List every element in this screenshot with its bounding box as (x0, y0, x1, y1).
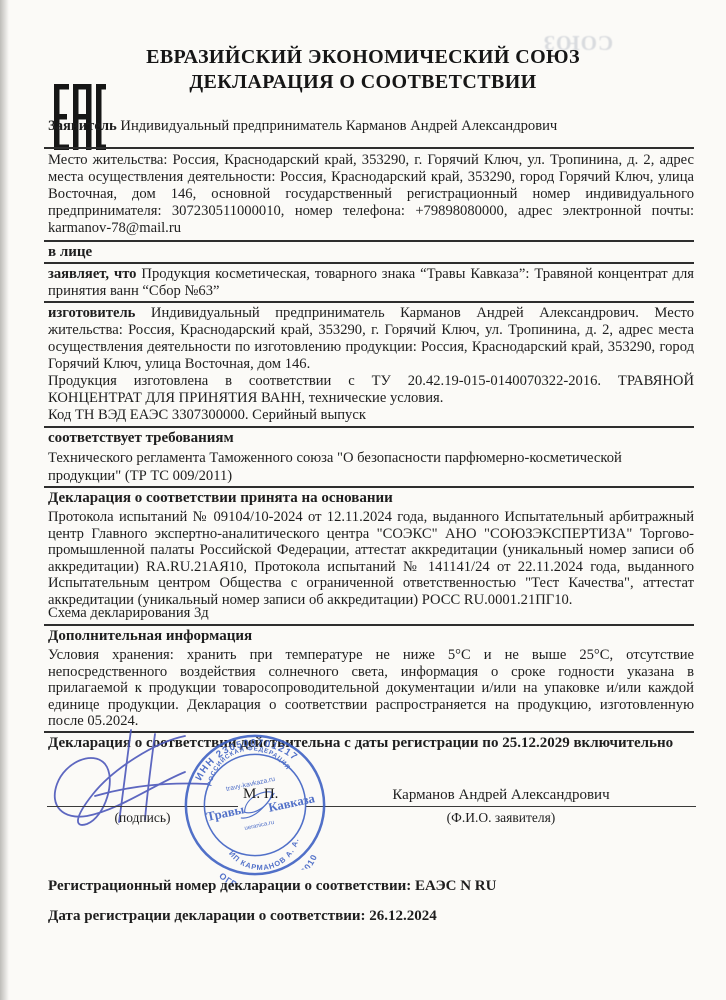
divider (44, 262, 694, 264)
document-title-line1: ЕВРАЗИЙСКИЙ ЭКОНОМИЧЕСКИЙ СОЮЗ (0, 46, 726, 69)
divider (44, 486, 694, 488)
registration-number-line: Регистрационный номер декларации о соотв… (48, 878, 694, 895)
stamp-brand-left: Травы (205, 802, 245, 824)
scheme-line: Схема декларирования 3д (48, 605, 694, 622)
complies-value: Технического регламента Таможенного союз… (48, 450, 694, 485)
declares-label: заявляет, что (48, 266, 136, 282)
divider (44, 240, 694, 242)
declares-value: Продукция косметическая, товарного знака… (48, 266, 694, 299)
name-line (306, 806, 696, 807)
document-title-line2: ДЕКЛАРАЦИЯ О СООТВЕТСТВИИ (0, 71, 726, 94)
name-caption: (Ф.И.О. заявителя) (306, 810, 696, 826)
basis-label: Декларация о соответствии принята на осн… (48, 490, 694, 507)
company-stamp: ИНН 230500701217 ОГРН 307230511000010 РО… (168, 718, 341, 891)
divider (44, 147, 694, 149)
manufacturer-value: Индивидуальный предприниматель Карманов … (48, 305, 694, 372)
complies-label: соответствует требованиям (48, 430, 694, 447)
seal-place-label: М. П. (243, 786, 278, 803)
applicant-label: Заявитель (48, 118, 117, 134)
declares-paragraph: заявляет, что Продукция косметическая, т… (48, 266, 694, 300)
divider (44, 301, 694, 303)
in-person-label: в лице (48, 244, 694, 261)
basis-paragraph: Протокола испытаний № 09104/10-2024 от 1… (48, 509, 694, 608)
stamp-site-bottom: ueranica.ru (244, 820, 275, 832)
additional-paragraph: Условия хранения: хранить при температур… (48, 647, 694, 730)
address-paragraph: Место жительства: Россия, Краснодарский … (48, 152, 694, 237)
applicant-value: Индивидуальный предприниматель Карманов … (120, 118, 557, 134)
applicant-line: Заявитель Индивидуальный предприниматель… (48, 118, 694, 135)
declaration-document: СОЮЗ ЕВРАЗИЙСКИЙ ЭКОНОМИЧЕСКИЙ СОЮЗ ДЕКЛ… (0, 0, 726, 1000)
divider (44, 426, 694, 428)
eac-mark-icon (54, 84, 106, 150)
additional-label: Дополнительная информация (48, 628, 694, 645)
registration-date-line: Дата регистрации декларации о соответств… (48, 908, 694, 925)
tnved-line: Код ТН ВЭД ЕАЭС 3307300000. Серийный вып… (48, 407, 694, 424)
production-paragraph: Продукция изготовлена в соответствии с Т… (48, 373, 694, 407)
manufacturer-paragraph: изготовитель Индивидуальный предпринимат… (48, 305, 694, 373)
applicant-full-name: Карманов Андрей Александрович (306, 787, 696, 804)
divider (44, 624, 694, 626)
manufacturer-label: изготовитель (48, 305, 135, 321)
